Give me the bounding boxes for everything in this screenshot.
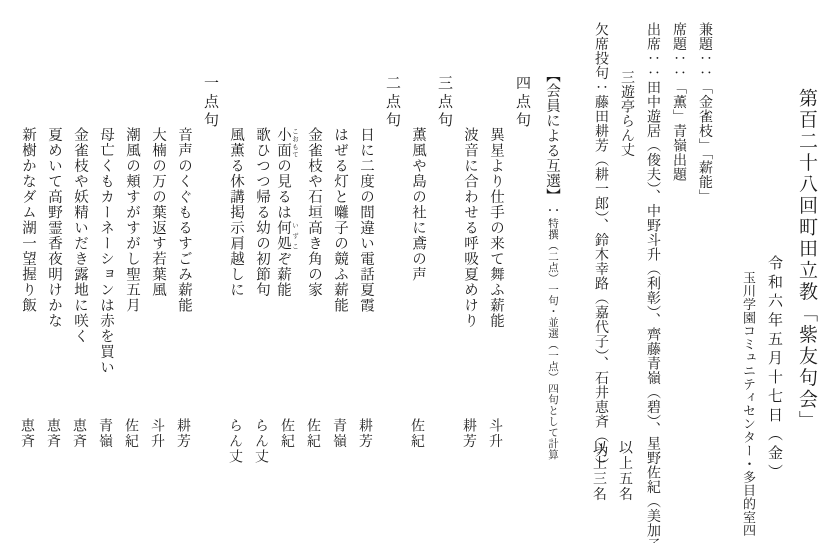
haiku-entry: 母亡くもカーネーションは赤を買い 青嶺: [96, 0, 116, 543]
haiku-entry: 新樹かなダム湖一望握り飯 恵斉: [18, 0, 38, 543]
haiku-text: はぜる灯と囃子の競ふ薪能: [332, 127, 348, 313]
attendance-total: 以上五名: [614, 440, 634, 502]
mutual-selection-heading: 【会員による互選】：: [544, 68, 560, 218]
haiku-author: 青嶺: [94, 418, 114, 449]
haiku-author: 佐紀: [302, 418, 322, 449]
haiku-text: 金雀枝や妖精いだき露地に咲く: [72, 127, 88, 344]
point-section-header-label: 四点句: [514, 75, 530, 131]
haiku-entry: はぜる灯と囃子の競ふ薪能 青嶺: [330, 0, 350, 543]
haiku-entry: 風薫る休講掲示肩越しに らん丈: [226, 0, 246, 543]
haiku-entry: 夏めいて高野霊香夜明けかな 恵斉: [44, 0, 64, 543]
mutual-selection-heading-line: 【会員による互選】：特撰（二点）一句・並選（一点）四句として計算: [542, 0, 562, 543]
point-section-header: 二点句: [382, 0, 402, 543]
haiku-text: 波音に合わせる呼吸夏めけり: [462, 127, 478, 329]
haiku-text: 歌ひつつ帰る幼の初節句: [254, 127, 270, 298]
haiku-author: 恵斉: [42, 418, 62, 449]
haiku-entry: 小面こおもての見るは何処いずこぞ薪能 佐紀: [278, 0, 298, 543]
haiku-text: 小面こおもての見るは何処いずこぞ薪能: [275, 127, 291, 298]
absent-total: 以上三名: [588, 440, 608, 502]
page-title: 第百二十八回町田立教「紫友句会」: [792, 0, 820, 543]
haiku-author: 佐紀: [120, 418, 140, 449]
haiku-text: 母亡くもカーネーションは赤を買い: [98, 127, 114, 375]
point-section-header-label: 二点句: [384, 75, 400, 131]
haiku-entry: 歌ひつつ帰る幼の初節句 らん丈: [252, 0, 272, 543]
haiku-text: 金雀枝や石垣高き角の家: [306, 127, 322, 298]
haiku-author: 恵斉: [16, 418, 36, 449]
sekidai-line: 席題：：「薫」青嶺出題: [668, 0, 688, 543]
haiku-author: 斗升: [146, 418, 166, 449]
event-venue: 玉川学園コミュニティセンター・多目的室四: [738, 0, 758, 543]
haiku-text: 潮風の頬すがすがし聖五月: [124, 127, 140, 313]
point-section-header: 三点句: [434, 0, 454, 543]
haiku-author: 佐紀: [276, 418, 296, 449]
absent-submission-line: 欠席投句：藤田耕芳（耕一郎）、鈴木幸路（嘉代子）、石井恵斉（力） 以上三名: [590, 0, 610, 543]
haiku-author: らん丈: [250, 418, 270, 465]
kukai-record-page: 第百二十八回町田立教「紫友句会」 令和六年五月十七日（金） 玉川学園コミュニティ…: [0, 0, 838, 543]
kendai-line: 兼題：：「金雀枝」「薪能」: [694, 0, 714, 543]
haiku-entry: 大楠の万の葉返す若葉風 斗升: [148, 0, 168, 543]
mutual-selection-note: 特撰（二点）一句・並選（一点）四句として計算: [547, 218, 558, 460]
haiku-text: 日に二度の間違い電話夏霞: [358, 127, 374, 313]
haiku-text: 風薫る休講掲示肩越しに: [228, 127, 244, 298]
attendance-continuation: 三遊亭らん丈 以上五名: [616, 0, 636, 543]
haiku-entry: 波音に合わせる呼吸夏めけり 耕芳: [460, 0, 480, 543]
haiku-text: 異星より仕手の来て舞ふ薪能: [488, 127, 504, 329]
haiku-entry: 金雀枝や石垣高き角の家 佐紀: [304, 0, 324, 543]
haiku-author: 恵斉: [68, 418, 88, 449]
haiku-author: 耕芳: [458, 418, 478, 449]
haiku-author: 佐紀: [406, 418, 426, 449]
haiku-entry: 音声のくぐもるすごみ薪能 耕芳: [174, 0, 194, 543]
haiku-author: 青嶺: [328, 418, 348, 449]
haiku-author: 斗升: [484, 418, 504, 449]
absent-submission-text: 欠席投句：藤田耕芳（耕一郎）、鈴木幸路（嘉代子）、石井恵斉（力）: [593, 22, 608, 472]
attendance-line: 出席：：田中遊居（俊夫）、中野斗升（利彰）、齊藤青嶺（碧）、星野佐紀（美加子）、: [642, 0, 662, 543]
point-section-header-label: 三点句: [436, 75, 452, 131]
haiku-author: 耕芳: [354, 418, 374, 449]
haiku-entry: 金雀枝や妖精いだき露地に咲く 恵斉: [70, 0, 90, 543]
haiku-entry: 異星より仕手の来て舞ふ薪能 斗升: [486, 0, 506, 543]
point-section-header: 一点句: [200, 0, 220, 543]
haiku-text: 新樹かなダム湖一望握り飯: [20, 127, 36, 313]
haiku-author: 耕芳: [172, 418, 192, 449]
haiku-text: 夏めいて高野霊香夜明けかな: [46, 127, 62, 329]
attendance-continuation-text: 三遊亭らん丈: [619, 70, 634, 157]
haiku-entry: 薫風や島の社に鳶の声 佐紀: [408, 0, 428, 543]
haiku-text: 薫風や島の社に鳶の声: [410, 127, 426, 282]
haiku-text: 大楠の万の葉返す若葉風: [150, 127, 166, 298]
haiku-entry: 日に二度の間違い電話夏霞 耕芳: [356, 0, 376, 543]
point-section-header-label: 一点句: [202, 75, 218, 131]
haiku-author: らん丈: [224, 418, 244, 465]
point-section-header: 四点句: [512, 0, 532, 543]
haiku-entry: 潮風の頬すがすがし聖五月 佐紀: [122, 0, 142, 543]
haiku-text: 音声のくぐもるすごみ薪能: [176, 127, 192, 313]
event-date: 令和六年五月十七日（金）: [764, 0, 784, 543]
